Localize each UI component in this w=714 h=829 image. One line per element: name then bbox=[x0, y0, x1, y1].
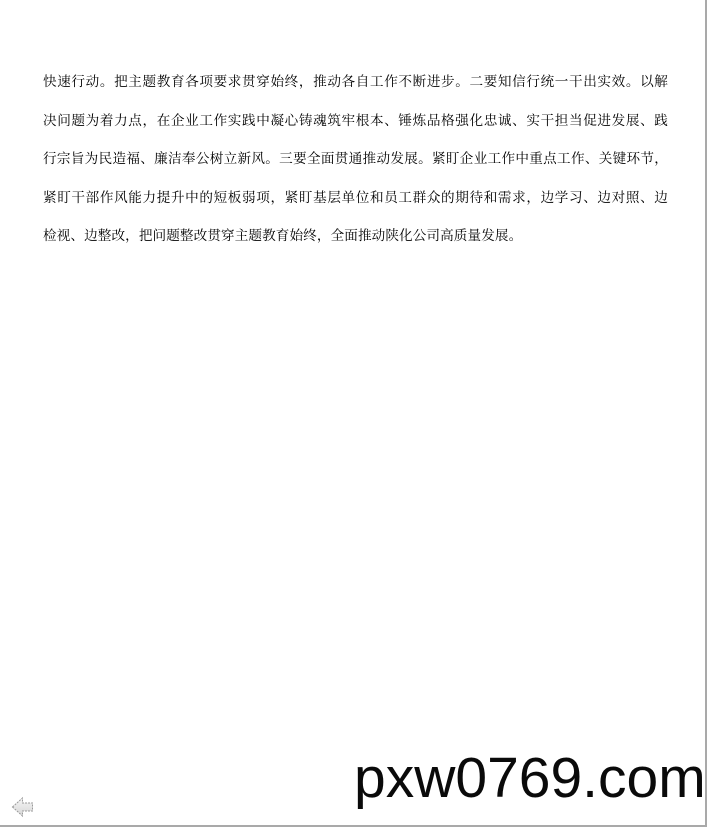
text-line: 检视、边整改，把问题整改贯穿主题教育始终，全面推动陕化公司高质量发展。 bbox=[43, 217, 668, 256]
text-line: 行宗旨为民造福、廉洁奉公树立新风。三要全面贯通推动发展。紧盯企业工作中重点工作、… bbox=[43, 140, 668, 179]
paragraph: 快速行动。把主题教育各项要求贯穿始终，推动各自工作不断进步。二要知信行统一干出实… bbox=[43, 63, 668, 256]
text-line: 紧盯干部作风能力提升中的短板弱项，紧盯基层单位和员工群众的期待和需求，边学习、边… bbox=[43, 179, 668, 218]
left-arrow-icon bbox=[11, 805, 34, 822]
text-line: 决问题为着力点，在企业工作实践中凝心铸魂筑牢根本、锤炼品格强化忠诚、实干担当促进… bbox=[43, 102, 668, 141]
document-viewer: 快速行动。把主题教育各项要求贯穿始终，推动各自工作不断进步。二要知信行统一干出实… bbox=[0, 0, 714, 829]
document-page: 快速行动。把主题教育各项要求贯穿始终，推动各自工作不断进步。二要知信行统一干出实… bbox=[0, 0, 707, 827]
watermark-text: pxw0769.com bbox=[354, 748, 706, 808]
page-back-button[interactable] bbox=[11, 796, 34, 818]
text-line: 快速行动。把主题教育各项要求贯穿始终，推动各自工作不断进步。二要知信行统一干出实… bbox=[43, 63, 668, 102]
